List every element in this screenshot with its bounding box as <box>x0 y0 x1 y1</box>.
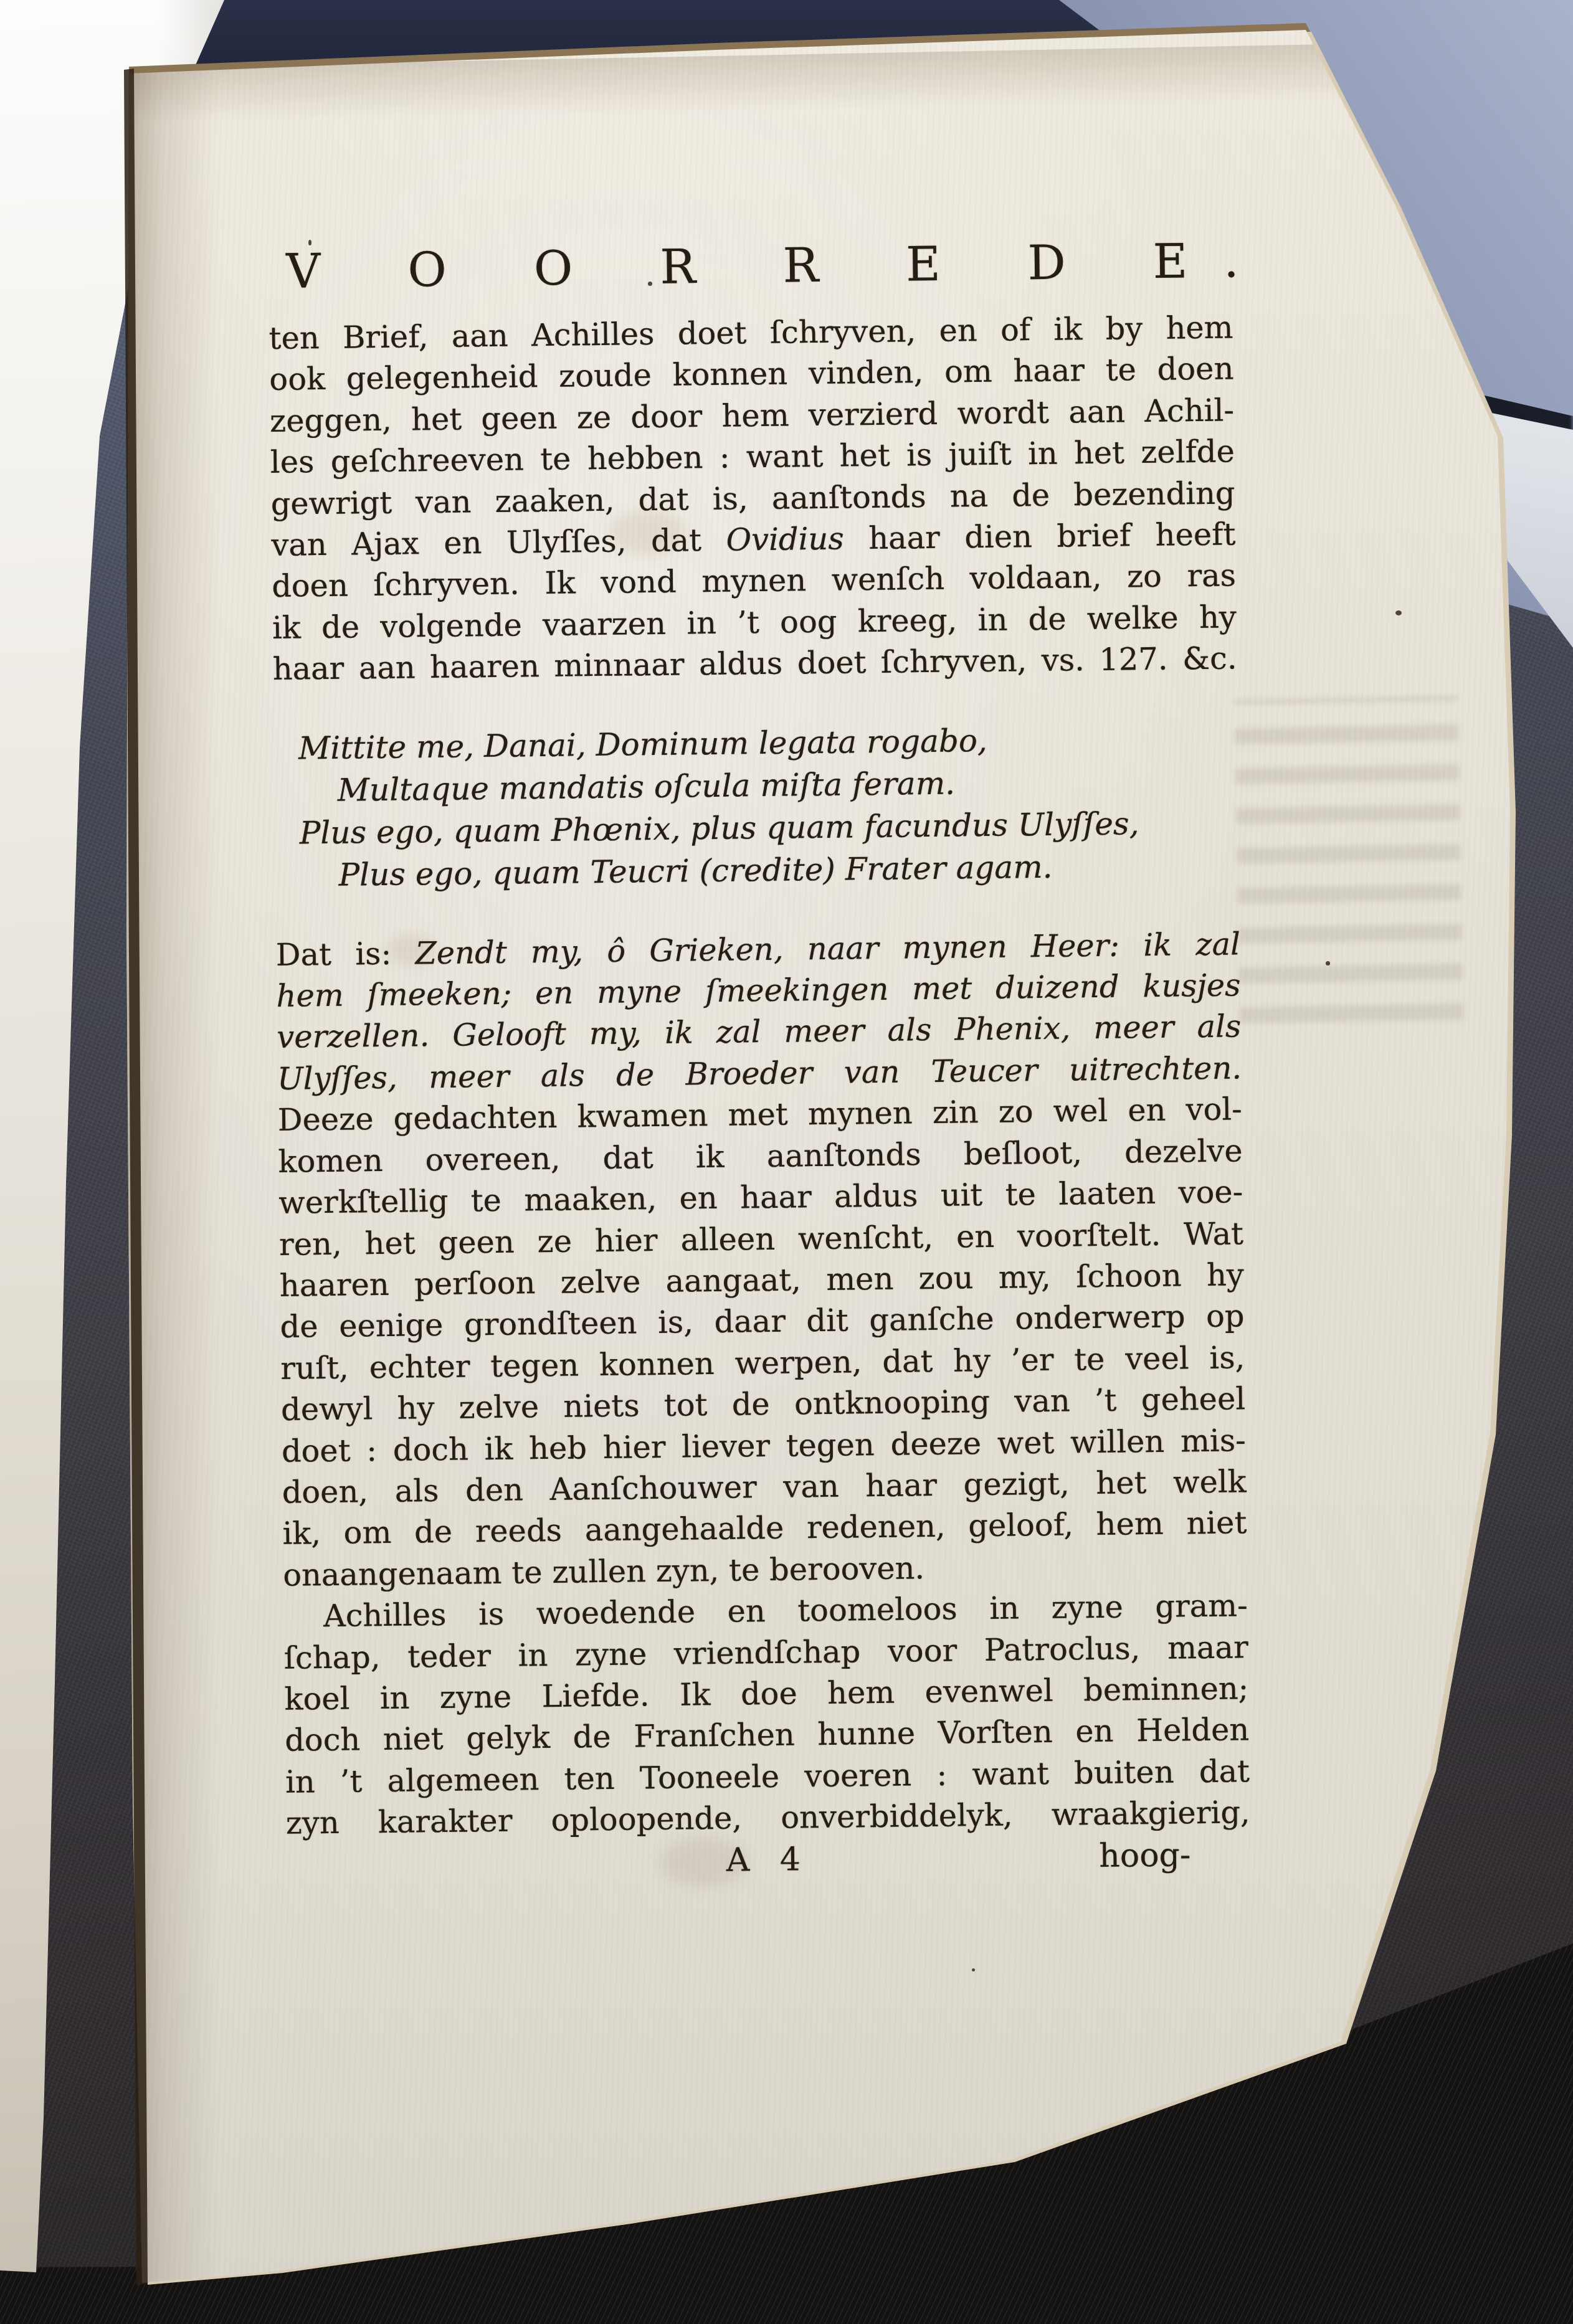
book-page: A 4 hoog- V O O R R E D E.ten Brief, aan… <box>0 0 1573 2324</box>
paragraph-achilles: Achilles is woedende en toomeloos in zyn… <box>283 1585 1250 1844</box>
paragraph-opening: ten Brief, aan Achilles doet ſchryven, e… <box>269 306 1237 690</box>
catchword: hoog- <box>1099 1834 1191 1877</box>
paper-speck <box>1326 961 1330 965</box>
latin-verse: Mittite me, Danai, Dominum legata rogabo… <box>298 716 1240 896</box>
page-text: A 4 hoog- V O O R R E D E.ten Brief, aan… <box>268 235 1250 1844</box>
paper-speck <box>972 1968 975 1971</box>
paragraph-translation: Dat is: Zendt my, ô Grieken, naar mynen … <box>276 923 1248 1596</box>
show-through-text <box>1233 696 1463 1023</box>
page-title: V O O R R E D E. <box>268 235 1233 296</box>
signature-mark: A 4 <box>726 1839 810 1881</box>
paper-speck <box>1395 610 1402 615</box>
book-photo: A 4 hoog- V O O R R E D E.ten Brief, aan… <box>0 0 1573 2324</box>
